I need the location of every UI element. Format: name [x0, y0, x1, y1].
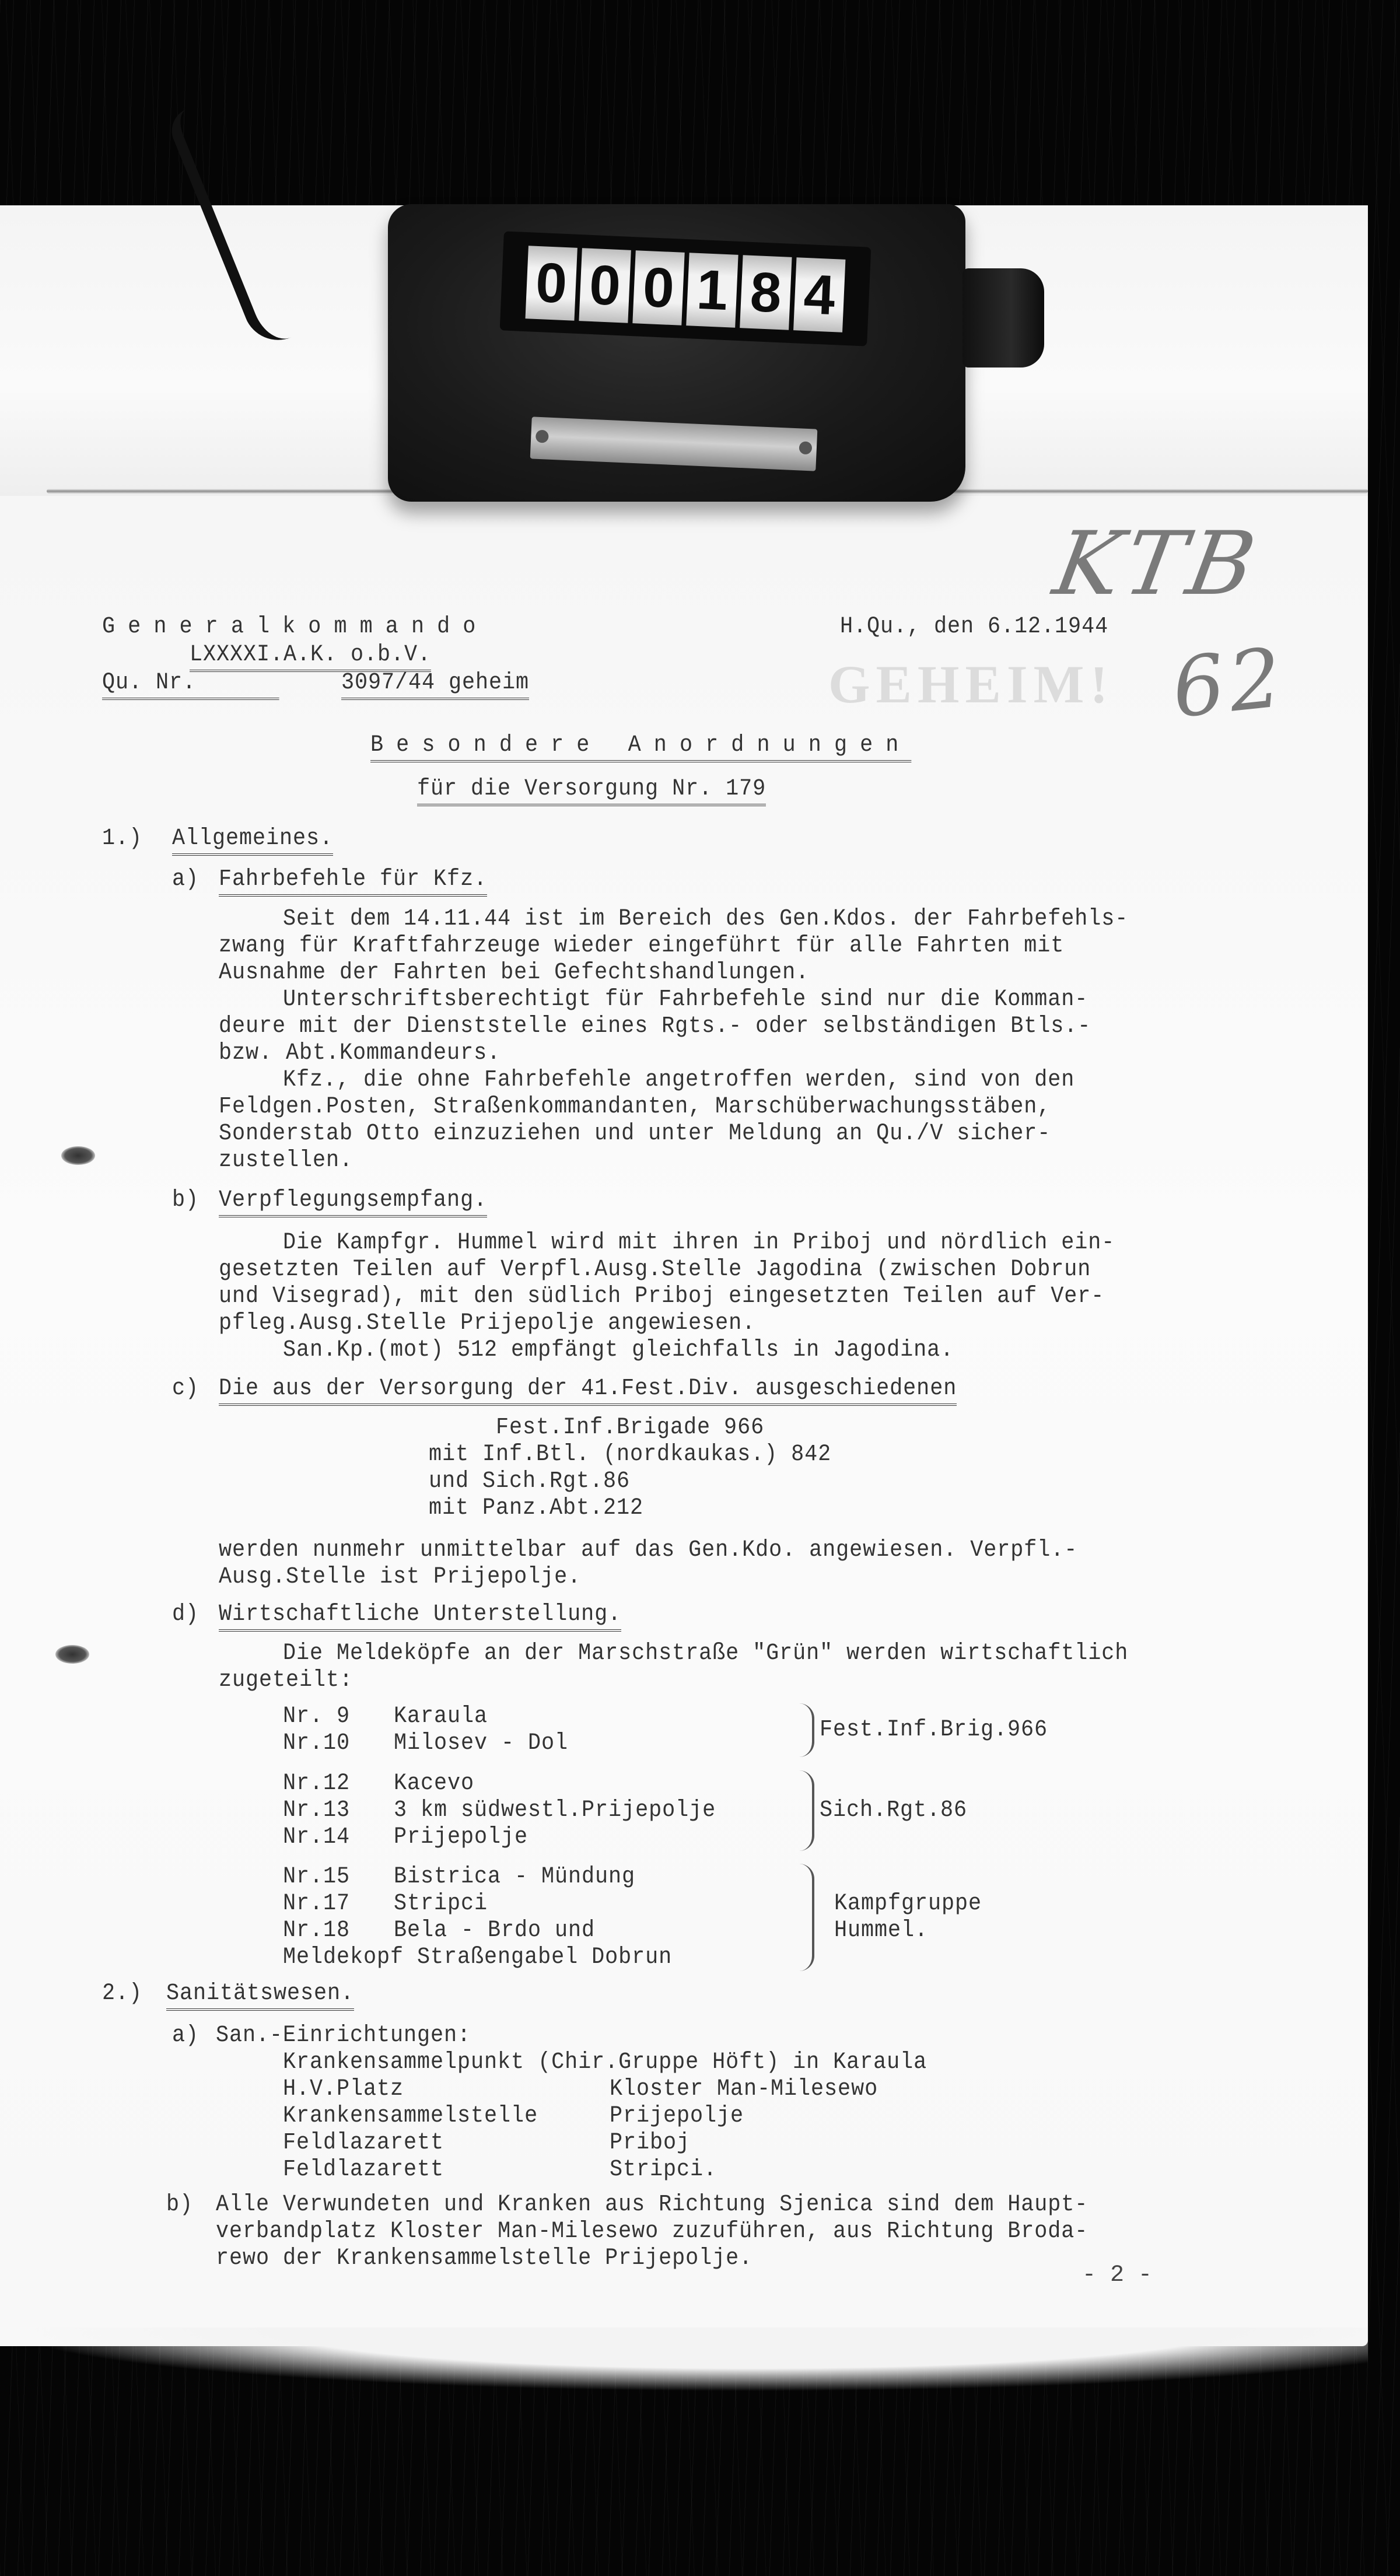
- post-number: Nr.15: [283, 1864, 350, 1891]
- subsection-heading: Die aus der Versorgung der 41.Fest.Div. …: [219, 1375, 957, 1406]
- paragraph-line: San.Kp.(mot) 512 empfängt gleichfalls in…: [283, 1337, 954, 1364]
- counter-digit: 0: [526, 246, 577, 321]
- assigned-unit: Kampfgruppe Hummel.: [834, 1891, 974, 1944]
- handwritten-folio-number: 62: [1168, 630, 1290, 736]
- post-place: Milosev - Dol: [394, 1730, 568, 1757]
- paragraph-line: und Visegrad), mit den südlich Priboj ei…: [219, 1283, 1104, 1310]
- counter-digit: 0: [579, 248, 631, 323]
- place-date: H.Qu., den 6.12.1944: [840, 614, 1108, 640]
- post-number: Nr.18: [283, 1917, 350, 1944]
- counter-digit: 8: [740, 255, 792, 330]
- facility-type: Feldlazarett: [283, 2157, 444, 2183]
- subsection-letter: b): [166, 2192, 193, 2218]
- subsection-heading: Wirtschaftliche Unterstellung.: [219, 1601, 621, 1632]
- punch-hole: [61, 1146, 95, 1165]
- unit-designation: LXXXXI.A.K. o.b.V.: [190, 642, 431, 672]
- subsection-letter: b): [172, 1187, 199, 1214]
- page-continuation-marker: - 2 -: [1082, 2262, 1152, 2288]
- post-place: Stripci: [394, 1891, 488, 1917]
- paragraph-line: zugeteilt:: [219, 1667, 353, 1694]
- secret-stamp: GEHEIM!: [828, 653, 1114, 715]
- post-place: 3 km südwestl.Prijepolje: [394, 1797, 716, 1824]
- reference-number: 3097/44 geheim: [341, 670, 529, 700]
- post-number: Nr.12: [283, 1770, 350, 1797]
- paragraph-line: zustellen.: [219, 1147, 353, 1174]
- paragraph-line: verbandplatz Kloster Man-Milesewo zuzufü…: [216, 2218, 1088, 2245]
- counter-digit: 0: [632, 250, 684, 325]
- paragraph-line: bzw. Abt.Kommandeurs.: [219, 1040, 501, 1067]
- post-number: Nr.13: [283, 1797, 350, 1824]
- assigned-unit: Fest.Inf.Brig.966: [820, 1717, 1048, 1744]
- subsection-letter: a): [172, 2022, 199, 2049]
- counter-display: 0 0 0 1 8 4: [500, 231, 871, 346]
- paragraph-line: Feldgen.Posten, Straßenkommandanten, Mar…: [219, 1094, 1051, 1121]
- facility-location: Stripci.: [610, 2157, 717, 2183]
- facility-location: Prijepolje: [610, 2103, 744, 2130]
- facility-location: Kloster Man-Milesewo: [610, 2076, 878, 2103]
- subsection-letter: d): [172, 1601, 199, 1628]
- paragraph-line: Ausnahme der Fahrten bei Gefechtshandlun…: [219, 960, 809, 986]
- paragraph-line: rewo der Krankensammelstelle Prijepolje.: [216, 2245, 752, 2272]
- post-place: Bistrica - Mündung: [394, 1864, 635, 1891]
- unit-entry: Fest.Inf.Brigade 966: [496, 1415, 764, 1441]
- paragraph-line: Alle Verwundeten und Kranken aus Richtun…: [216, 2192, 1088, 2218]
- section-heading: Sanitätswesen.: [166, 1980, 354, 2011]
- counter-digit: 1: [686, 253, 738, 328]
- punch-hole: [55, 1645, 89, 1664]
- post-place: Meldekopf Straßengabel Dobrun: [283, 1944, 672, 1971]
- paragraph-line: Kfz., die ohne Fahrbefehle angetroffen w…: [283, 1067, 1074, 1094]
- facility-type: Krankensammelstelle: [283, 2103, 538, 2130]
- unit-entry: mit Inf.Btl. (nordkaukas.) 842: [429, 1441, 831, 1468]
- facility-location: Priboj: [610, 2130, 690, 2157]
- paragraph-line: Die Kampfgr. Hummel wird mit ihren in Pr…: [283, 1230, 1115, 1256]
- section-number: 1.): [102, 825, 142, 852]
- bracket: [799, 1770, 814, 1851]
- document-subtitle: für die Versorgung Nr. 179: [417, 776, 766, 806]
- section-heading: Allgemeines.: [172, 825, 333, 856]
- bracket: [799, 1703, 814, 1757]
- counter-digit: 4: [793, 257, 845, 332]
- counter-knob: [963, 268, 1044, 367]
- bracket: [799, 1864, 814, 1971]
- unit-entry: und Sich.Rgt.86: [429, 1468, 630, 1495]
- paragraph-line: Ausg.Stelle ist Prijepolje.: [219, 1564, 581, 1591]
- subsection-heading: Verpflegungsempfang.: [219, 1187, 487, 1217]
- page-bottom-curl: [0, 2327, 1368, 2392]
- paragraph-line: pfleg.Ausg.Stelle Prijepolje angewiesen.: [219, 1310, 755, 1337]
- post-number: Nr.10: [283, 1730, 350, 1757]
- paragraph-line: Seit dem 14.11.44 ist im Bereich des Gen…: [283, 906, 1128, 933]
- subsection-letter: a): [172, 866, 199, 893]
- reference-label: Qu. Nr.: [102, 670, 279, 700]
- paragraph-line: zwang für Kraftfahrzeuge wieder eingefüh…: [219, 933, 1064, 960]
- paragraph-line: gesetzten Teilen auf Verpfl.Ausg.Stelle …: [219, 1256, 1091, 1283]
- paragraph-line: Sonderstab Otto einzuziehen und unter Me…: [219, 1121, 1051, 1147]
- paragraph-line: deure mit der Dienststelle eines Rgts.- …: [219, 1013, 1091, 1040]
- paragraph-line: Unterschriftsberechtigt für Fahrbefehle …: [283, 986, 1088, 1013]
- section-number: 2.): [102, 1980, 142, 2007]
- subsection-letter: c): [172, 1375, 199, 1402]
- post-place: Bela - Brdo und: [394, 1917, 595, 1944]
- post-place: Karaula: [394, 1703, 488, 1730]
- post-number: Nr.17: [283, 1891, 350, 1917]
- paragraph-line: Die Meldeköpfe an der Marschstraße "Grün…: [283, 1640, 1128, 1667]
- assigned-unit: Sich.Rgt.86: [820, 1797, 967, 1824]
- facility-type: Krankensammelpunkt (Chir.Gruppe Höft) in…: [283, 2049, 927, 2076]
- post-place: Kacevo: [394, 1770, 474, 1797]
- facility-type: Feldlazarett: [283, 2130, 444, 2157]
- handwritten-ktb-note: KTB: [1047, 513, 1267, 615]
- facility-type: H.V.Platz: [283, 2076, 404, 2103]
- org-name: Generalkommando: [102, 614, 488, 640]
- document-title: Besondere Anordnungen: [370, 732, 911, 762]
- unit-entry: mit Panz.Abt.212: [429, 1495, 643, 1522]
- subsection-heading: Fahrbefehle für Kfz.: [219, 866, 487, 897]
- post-place: Prijepolje: [394, 1824, 528, 1851]
- post-number: Nr. 9: [283, 1703, 350, 1730]
- paragraph-line: werden nunmehr unmittelbar auf das Gen.K…: [219, 1537, 1077, 1564]
- subsection-heading: San.-Einrichtungen:: [216, 2022, 471, 2049]
- post-number: Nr.14: [283, 1824, 350, 1851]
